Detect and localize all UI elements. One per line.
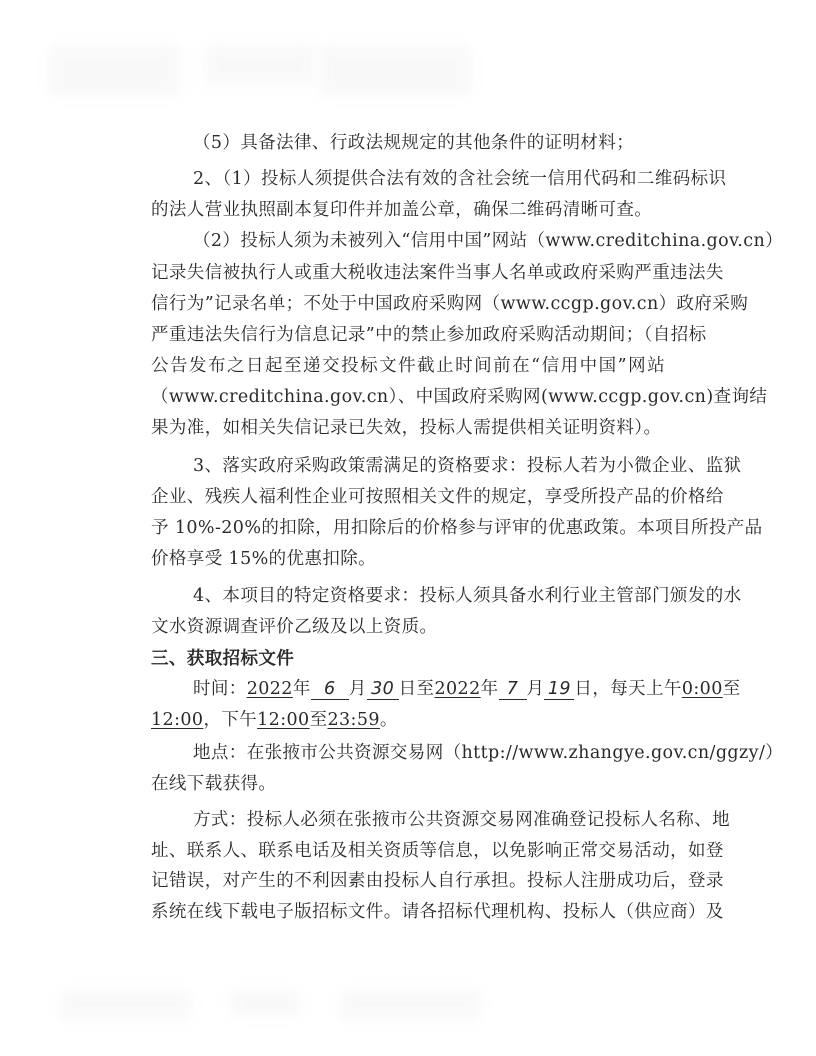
paragraph-line: 价格享受 15%的优惠扣除。 <box>151 545 665 573</box>
paragraph-line: 公告发布之日起至递交投标文件截止时间前在“信用中国”网站 <box>151 352 665 380</box>
am-end-time: 12:00 <box>151 710 203 730</box>
am-start-time: 0:00 <box>682 679 723 699</box>
paragraph-line: 予 10%-20%的扣除，用扣除后的价格参与评审的优惠政策。本项目所投产品 <box>151 514 665 542</box>
paragraph-line: 果为准，如相关失信记录已失效，投标人需提供相关证明资料）。 <box>151 414 665 442</box>
paragraph-line: （www.creditchina.gov.cn）、中国政府采购网(www.ccg… <box>151 383 665 411</box>
month-unit: 月 <box>349 679 367 699</box>
period: 。 <box>380 710 398 730</box>
bleed-through-artifact <box>230 990 300 1015</box>
year-unit: 年 <box>481 679 499 699</box>
paragraph-line: 系统在线下载电子版招标文件。请各招标代理机构、投标人（供应商）及 <box>151 898 665 926</box>
time-line: 时间：2022年6月30日至2022年7月19日，每天上午0:00至 <box>151 675 665 703</box>
paragraph-line: （5）具备法律、行政法规规定的其他条件的证明材料； <box>151 129 665 157</box>
paragraph-line: 企业、残疾人福利性企业可按照相关文件的规定，享受所投产品的价格给 <box>151 483 665 511</box>
section-heading: 三、获取招标文件 <box>151 645 665 673</box>
paragraph-line: 严重违法失信行为信息记录”中的禁止参加政府采购活动期间；（自招标 <box>151 321 665 349</box>
to-text: 至 <box>310 710 328 730</box>
paragraph-line: 记错误，对产生的不利因素由投标人自行承担。投标人注册成功后，登录 <box>151 867 665 895</box>
bleed-through-artifact <box>60 990 190 1020</box>
paragraph-line: 2、（1）投标人须提供合法有效的含社会统一信用代码和二维码标识 <box>151 165 665 193</box>
bleed-through-artifact <box>320 45 470 95</box>
bleed-through-artifact <box>205 45 315 85</box>
paragraph-line: 在线下载获得。 <box>151 770 665 798</box>
end-day-handwritten: 19 <box>544 679 574 700</box>
start-day-handwritten: 30 <box>367 679 399 700</box>
paragraph-line: （2）投标人须为未被列入“信用中国”网站（www.creditchina.gov… <box>151 227 665 255</box>
month-unit: 月 <box>527 679 545 699</box>
start-year: 2022 <box>247 679 293 699</box>
start-month-handwritten: 6 <box>311 679 349 700</box>
end-day-unit: 日，每天上午 <box>574 679 681 699</box>
to-text: 至 <box>723 679 741 699</box>
paragraph-line: 方式：投标人必须在张掖市公共资源交易网准确登记投标人名称、地 <box>151 806 665 834</box>
paragraph-line: 记录失信被执行人或重大税收违法案件当事人名单或政府采购严重违法失 <box>151 259 665 287</box>
pm-start-time: 12:00 <box>257 710 309 730</box>
paragraph-line: 4、本项目的特定资格要求：投标人须具备水利行业主管部门颁发的水 <box>151 582 665 610</box>
bleed-through-artifact <box>50 45 180 95</box>
paragraph-line: 文水资源调查评价乙级及以上资质。 <box>151 613 665 641</box>
paragraph-line: 信行为”记录名单；不处于中国政府采购网（www.ccgp.gov.cn）政府采购 <box>151 290 665 318</box>
end-month-handwritten: 7 <box>499 679 527 700</box>
pm-end-time: 23:59 <box>327 710 379 730</box>
time-line-2: 12:00，下午12:00至23:59。 <box>151 706 665 734</box>
pm-label: ，下午 <box>203 710 257 730</box>
time-label: 时间： <box>193 679 247 699</box>
year-unit: 年 <box>293 679 311 699</box>
day-unit: 日至 <box>399 679 435 699</box>
paragraph-line: 的法人营业执照副本复印件并加盖公章，确保二维码清晰可查。 <box>151 196 665 224</box>
paragraph-line: 址、联系人、联系电话及相关资质等信息，以免影响正常交易活动，如登 <box>151 837 665 865</box>
bleed-through-artifact <box>340 990 480 1020</box>
paragraph-line: 地点：在张掖市公共资源交易网（http://www.zhangye.gov.cn… <box>151 739 665 767</box>
paragraph-line: 3、落实政府采购政策需满足的资格要求：投标人若为小微企业、监狱 <box>151 452 665 480</box>
end-year: 2022 <box>434 679 480 699</box>
